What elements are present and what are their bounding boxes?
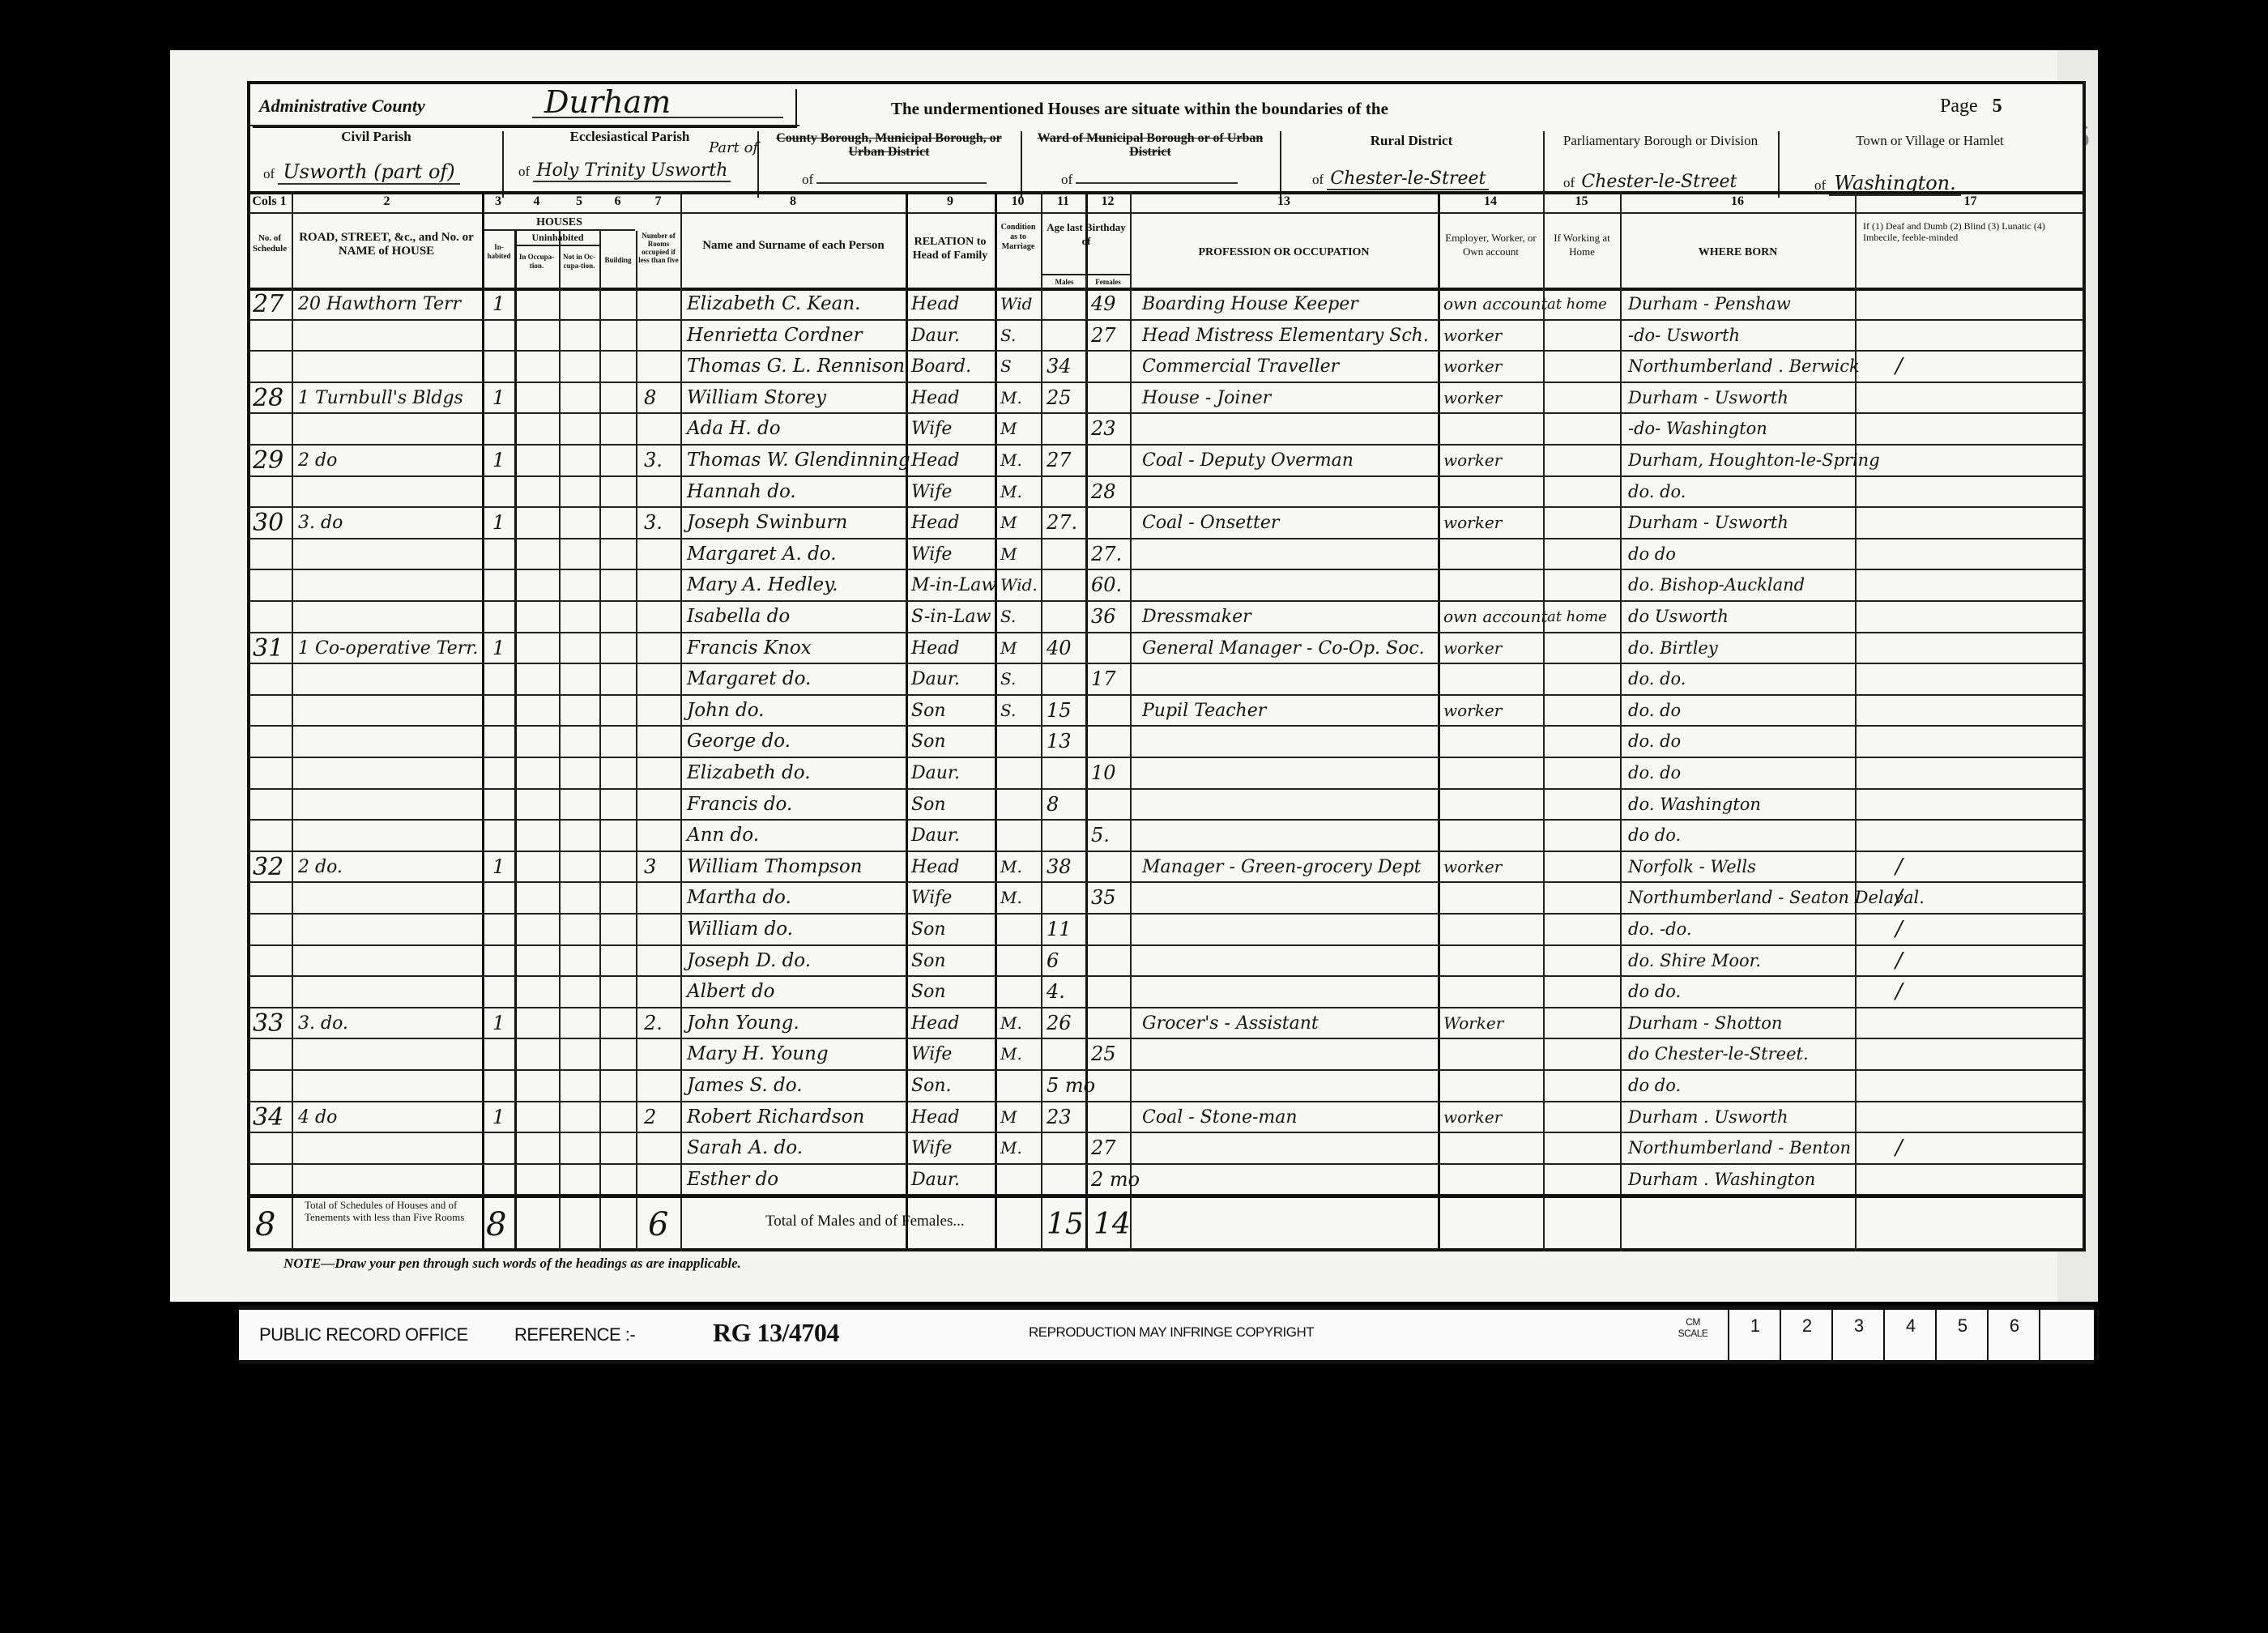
marital-condition: S. [1000,321,1016,351]
employment-status: worker [1443,696,1502,726]
inhabited-count: 1 [492,383,505,413]
person-name: Henrietta Cordner [687,321,863,351]
of-prefix: of [263,166,275,181]
employment-status: worker [1443,446,1502,475]
person-name: George do. [687,727,791,757]
occupation: Coal - Onsetter [1142,508,1279,538]
birthplace: do. do [1628,758,1681,788]
col-inhabited-header: In-habited [484,243,514,261]
column-number: 4 [516,194,557,209]
ward-label: Ward of Municipal Borough or of Urban Di… [1025,131,1276,159]
inhabited-count: 1 [492,633,505,663]
total-schedules-label: Total of Schedules of Houses and of Tene… [298,1199,487,1223]
census-row: James S. do.Son.5 modo do. [0,1071,2268,1102]
person-name: Robert Richardson [687,1102,864,1132]
schedule-number: 32 [253,852,283,882]
person-name: Elizabeth do. [687,758,811,788]
census-row: 333. do.12.John Young.HeadM.26Grocer's -… [0,1008,2268,1040]
person-name: Joseph D. do. [687,946,811,976]
census-row: John do.SonS.15Pupil Teacherworkerdo. do [0,696,2268,727]
relation: Wife [911,414,952,444]
birthplace: Norfolk - Wells [1628,852,1756,882]
rural-district-label: Rural District [1284,134,1539,147]
census-row: 303. do13.Joseph SwinburnHeadM27.Coal - … [0,508,2268,539]
relation: M-in-Law [911,570,996,600]
infirmity-mark: / [1895,1133,1903,1163]
eccl-parish-field: of Holy Trinity Usworth [518,160,731,181]
relation: S-in-Law [911,602,991,632]
relation: Wife [911,1039,952,1069]
reference-label: REFERENCE :- [514,1324,635,1345]
inhabited-count: 1 [492,1102,505,1132]
census-row: Esther doDaur.2 moDurham . Washington [0,1165,2268,1196]
marital-condition: S. [1000,664,1016,694]
birthplace: do Usworth [1628,602,1729,632]
birthplace: do do. [1628,977,1681,1007]
person-name: John Young. [687,1008,799,1038]
col-occupation-header: PROFESSION OR OCCUPATION [1134,245,1434,259]
birthplace: Durham - Penshaw [1628,289,1791,319]
houses-header: HOUSES [484,215,635,231]
col-rooms-header: Number of Rooms occupied if less than fi… [637,232,680,264]
birthplace: -do- Usworth [1628,321,1740,351]
relation: Son [911,727,946,757]
marital-condition: M. [1000,383,1022,413]
marital-condition: S. [1000,696,1016,726]
birthplace: do. Birtley [1628,633,1718,663]
total-females: 14 [1093,1207,1131,1243]
census-row: Ada H. doWifeM23-do- Washington [0,414,2268,446]
inapplicable-note: NOTE—Draw your pen through such words of… [283,1256,741,1272]
marital-condition: M [1000,1102,1017,1132]
census-row: 344 do12Robert RichardsonHeadM23Coal - S… [0,1102,2268,1134]
column-number: 13 [1132,194,1436,209]
address: 4 do [298,1102,337,1132]
relation: Son [911,915,946,944]
scale-mark: 2 [1780,1310,1833,1360]
ward-value [1076,182,1238,184]
address: 20 Hawthorn Terr [298,289,461,319]
person-name: Mary A. Hedley. [687,570,838,600]
col-name-header: Name and Surname of each Person [682,239,905,253]
column-number: 7 [637,194,679,209]
male-age: 6 [1047,946,1059,976]
birthplace: Durham . Usworth [1628,1102,1788,1132]
relation: Head [911,1102,959,1132]
occupation: Commercial Traveller [1142,352,1339,382]
column-number: 12 [1087,194,1128,209]
town-label: Town or Village or Hamlet [1782,134,2078,147]
census-row: William do.Son11do. -do./ [0,915,2268,946]
census-row: Martha do.WifeM.35Northumberland - Seato… [0,883,2268,915]
birthplace: Durham, Houghton-le-Spring [1628,446,1880,475]
column-number: 16 [1622,194,1853,209]
occupation: House - Joiner [1142,383,1271,413]
census-row: 2720 Hawthorn Terr1Elizabeth C. Kean.Hea… [0,289,2268,321]
person-name: Martha do. [687,883,791,913]
total-males: 15 [1047,1207,1084,1243]
scale-mark: 5 [1935,1310,1989,1360]
marital-condition: M. [1000,852,1022,882]
marital-condition: M. [1000,446,1022,475]
rooms-count: 2 [644,1102,656,1132]
col-at-home-header: If Working at Home [1545,231,1618,258]
occupation: Coal - Deputy Overman [1142,446,1354,475]
birthplace: Durham - Usworth [1628,508,1788,538]
column-number: 3 [484,194,513,209]
employment-status: worker [1443,1102,1502,1132]
infirmity-mark: / [1895,352,1903,382]
census-row: Francis do.Son8do. Washington [0,790,2268,821]
column-number: 8 [682,194,904,209]
female-age: 17 [1091,664,1116,694]
inhabited-count: 1 [492,289,505,319]
column-number: Cols 1 [249,194,290,209]
scale-mark: 4 [1883,1310,1937,1360]
column-number: 15 [1545,194,1618,209]
relation: Daur. [911,821,960,851]
birthplace: do do [1628,539,1676,569]
scale-mark: 3 [1831,1310,1885,1360]
person-name: Thomas W. Glendinning [687,446,910,475]
person-name: Margaret A. do. [687,539,837,569]
boundary-intro: The undermentioned Houses are situate wi… [891,99,1388,119]
census-row: Ann do.Daur.5.do do. [0,821,2268,852]
female-age: 2 mo [1091,1165,1140,1195]
parl-borough-value: Chester-le-Street [1578,172,1740,194]
birthplace: do. do [1628,696,1681,726]
male-age: 27 [1047,446,1072,475]
person-name: Joseph Swinburn [687,508,847,538]
male-age: 25 [1047,383,1072,413]
address: 3. do. [298,1008,348,1038]
female-age: 27 [1091,321,1116,351]
copyright-notice: REPRODUCTION MAY INFRINGE COPYRIGHT [1029,1324,1314,1341]
rooms-count: 3 [644,852,656,882]
admin-county-box: Administrative County Durham [253,89,797,128]
inhabited-count: 1 [492,508,505,538]
census-row: 311 Co-operative Terr.1Francis KnoxHeadM… [0,633,2268,665]
employment-status: worker [1443,352,1502,382]
person-name: Margaret do. [687,664,811,694]
occupation: Boarding House Keeper [1142,289,1358,319]
infirmity-mark: / [1895,883,1903,913]
employment-status: worker [1443,508,1502,538]
male-age: 15 [1047,696,1072,726]
inhabited-count: 1 [492,1008,505,1038]
birthplace: do. do. [1628,477,1686,507]
census-row: George do.Son13do. do [0,727,2268,758]
birthplace: do. Washington [1628,790,1761,820]
occupation: Dressmaker [1142,602,1251,632]
column-number: 17 [1857,194,2084,209]
relation: Son. [911,1071,951,1101]
employment-status: own account [1443,602,1548,632]
census-row: 292 do13.Thomas W. GlendinningHeadM.27Co… [0,446,2268,477]
address: 3. do [298,508,343,538]
col-not-in-occupation-header: Not in Oc-cupa-tion. [559,253,599,271]
address: 1 Co-operative Terr. [298,633,478,663]
column-number: 14 [1439,194,1541,209]
total-schedules: 8 [255,1207,275,1243]
relation: Daur. [911,758,960,788]
schedule-number: 28 [253,383,283,413]
page-number: 5 [1993,96,2002,117]
person-name: John do. [687,696,764,726]
birthplace: Durham . Washington [1628,1165,1815,1195]
male-age: 27. [1047,508,1077,538]
person-name: William Storey [687,383,826,413]
male-age: 5 mo [1047,1071,1095,1101]
relation: Head [911,446,959,475]
rural-district-value: Chester-le-Street [1327,168,1489,190]
census-row: Margaret A. do.WifeM27.do do [0,539,2268,571]
female-age: 27. [1091,539,1122,569]
infirmity-mark: / [1895,915,1903,944]
employment-status: own account [1443,289,1548,319]
col-infirmity-header: If (1) Deaf and Dumb (2) Blind (3) Lunat… [1863,220,2082,243]
col-road-header: ROAD, STREET, &c., and No. or NAME of HO… [293,231,480,258]
birthplace: -do- Washington [1628,414,1767,444]
census-row: Margaret do.Daur.S.17do. do. [0,664,2268,696]
column-number: 11 [1042,194,1084,209]
marital-condition: M. [1000,1039,1022,1069]
marital-condition: M. [1000,477,1022,507]
relation: Son [911,946,946,976]
census-row: Elizabeth do.Daur.10do. do [0,758,2268,790]
census-row: Henrietta CordnerDaur.S.27Head Mistress … [0,321,2268,352]
schedule-number: 29 [253,446,283,475]
col-building-header: Building [601,256,635,265]
marital-condition: M [1000,508,1017,538]
birthplace: Durham - Shotton [1628,1008,1782,1038]
scale-mark: 1 [1728,1310,1781,1360]
uninhabited-header: Uninhabited [516,231,599,246]
female-age: 25 [1091,1039,1116,1069]
relation: Head [911,633,959,663]
marital-condition: S. [1000,602,1016,632]
person-name: Sarah A. do. [687,1133,803,1163]
relation: Head [911,383,959,413]
birthplace: Northumberland . Berwick [1628,352,1860,382]
occupation: Head Mistress Elementary Sch. [1142,321,1429,351]
employment-status: worker [1443,321,1502,351]
female-age: 35 [1091,883,1116,913]
county-borough-field: of [802,172,987,188]
civil-parish-value: Usworth (part of) [278,160,459,185]
column-number: 2 [293,194,480,209]
person-name: William do. [687,915,793,944]
infirmity-mark: / [1895,946,1903,976]
archive-name: PUBLIC RECORD OFFICE [259,1324,468,1345]
eccl-parish-value: Holy Trinity Usworth [533,160,731,182]
census-row: Hannah do.WifeM.28do. do. [0,477,2268,509]
rooms-count: 2. [644,1008,663,1038]
birthplace: do. do. [1628,664,1686,694]
employment-status: worker [1443,383,1502,413]
person-name: Francis Knox [687,633,812,663]
census-row: Sarah A. do.WifeM.27Northumberland - Ben… [0,1133,2268,1165]
marital-condition: M [1000,633,1017,663]
working-at-home: at home [1547,602,1607,632]
of-prefix: of [1061,172,1072,187]
birthplace: do. Bishop-Auckland [1628,570,1805,600]
relation: Head [911,1008,959,1038]
col-males-header: Males [1043,275,1085,289]
rooms-count: 3. [644,508,663,538]
admin-county-label: Administrative County [259,96,425,117]
birthplace: do. -do. [1628,915,1692,944]
occupation: Coal - Stone-man [1142,1102,1298,1132]
relation: Daur. [911,664,960,694]
occupation: General Manager - Co-Op. Soc. [1142,633,1425,663]
working-at-home: at home [1547,289,1607,319]
col-employment-header: Employer, Worker, or Own account [1440,231,1541,258]
schedule-number: 27 [253,289,283,319]
marital-condition: M [1000,539,1017,569]
of-prefix: of [1312,172,1324,187]
person-name: Albert do [687,977,774,1007]
relation: Wife [911,883,952,913]
inhabited-count: 1 [492,446,505,475]
female-age: 60. [1091,570,1122,600]
census-row: Albert doSon4.do do./ [0,977,2268,1008]
parl-borough-label: Parliamentary Borough or Division [1547,134,1774,147]
schedule-number: 34 [253,1102,283,1132]
person-name: Francis do. [687,790,792,820]
census-row: 281 Turnbull's Bldgs18William StoreyHead… [0,383,2268,415]
of-prefix: of [1563,175,1575,190]
page-label-text: Page [1940,96,1978,117]
col-females-header: Females [1087,275,1129,289]
female-age: 36 [1091,602,1116,632]
female-age: 10 [1091,758,1116,788]
scale-end [2039,1310,2099,1360]
person-name: Mary H. Young [687,1039,829,1069]
relation: Wife [911,477,952,507]
female-age: 23 [1091,414,1116,444]
column-number: 10 [996,194,1039,209]
eccl-parish-note: Part of [709,139,758,156]
marital-condition: M. [1000,1008,1022,1038]
address: 2 do [298,446,337,475]
marital-condition: Wid. [1000,570,1038,600]
rooms-count: 8 [644,383,656,413]
column-number: 9 [907,194,993,209]
census-row: Mary A. Hedley.M-in-LawWid.60.do. Bishop… [0,570,2268,602]
birthplace: do. do [1628,727,1681,757]
female-age: 28 [1091,477,1116,507]
male-age: 8 [1047,790,1059,820]
person-name: Elizabeth C. Kean. [687,289,860,319]
inhabited-count: 1 [492,852,505,882]
total-inhabited: 8 [486,1207,506,1243]
birthplace: Northumberland - Seaton Delaval. [1628,883,1925,913]
marital-condition: M. [1000,1133,1022,1163]
birthplace: Durham - Usworth [1628,383,1788,413]
employment-status: worker [1443,633,1502,663]
relation: Head [911,289,959,319]
marital-condition: M [1000,414,1017,444]
male-age: 26 [1047,1008,1072,1038]
col-relation-header: RELATION to Head of Family [907,235,993,262]
person-name: Isabella do [687,602,790,632]
female-age: 27 [1091,1133,1116,1163]
marital-condition: M. [1000,883,1022,913]
male-age: 23 [1047,1102,1072,1132]
of-prefix: of [802,172,813,187]
infirmity-mark: / [1895,977,1903,1007]
address: 2 do. [298,852,343,882]
person-name: Ann do. [687,821,759,851]
census-row: Mary H. YoungWifeM.25do Chester-le-Stree… [0,1039,2268,1071]
census-row: 322 do.13William ThompsonHeadM.38Manager… [0,852,2268,884]
employment-status: Worker [1443,1008,1503,1038]
rooms-count: 3. [644,446,663,475]
person-name: William Thompson [687,852,863,882]
relation: Wife [911,1133,952,1163]
of-prefix: of [518,164,530,179]
birthplace: do Chester-le-Street. [1628,1039,1809,1069]
relation: Son [911,790,946,820]
column-number: 6 [601,194,634,209]
address: 1 Turnbull's Bldgs [298,383,463,413]
relation: Son [911,696,946,726]
male-age: 38 [1047,852,1072,882]
civil-parish-label: Civil Parish [253,130,500,143]
male-age: 11 [1047,915,1072,944]
schedule-number: 30 [253,508,283,538]
male-age: 40 [1047,633,1072,663]
person-name: Esther do [687,1165,778,1195]
birthplace: do do. [1628,821,1681,851]
relation: Wife [911,539,952,569]
civil-parish-field: of Usworth (part of) [263,160,460,183]
county-borough-label: County Borough, Municipal Borough, or Ur… [765,131,1013,159]
relation: Daur. [911,321,960,351]
census-row: Isabella doS-in-LawS.36Dressmakerown acc… [0,602,2268,633]
female-age: 49 [1091,289,1116,319]
birthplace: do do. [1628,1071,1681,1101]
marital-condition: S [1000,352,1012,382]
person-name: Thomas G. L. Rennison [687,352,905,382]
relation: Head [911,852,959,882]
parl-borough-field: of Chester-le-Street [1563,172,1740,192]
page-label: Page 5 [1940,96,2002,117]
relation: Son [911,977,946,1007]
total-males-females-label: Total of Males and of Females... [765,1213,965,1230]
employment-status: worker [1443,852,1502,882]
col-in-occupation-header: In Occupa-tion. [516,253,557,271]
census-row: Joseph D. do.Son6do. Shire Moor./ [0,946,2268,978]
birthplace: Northumberland - Benton [1628,1133,1851,1163]
relation: Board. [911,352,971,382]
archive-footer: PUBLIC RECORD OFFICE REFERENCE :- RG 13/… [239,1306,2094,1364]
county-borough-value [816,182,987,184]
scale-mark: 6 [1987,1310,2040,1360]
person-name: Ada H. do [687,414,781,444]
cm-scale-label: CM SCALE [1673,1316,1713,1339]
column-number: 5 [561,194,598,209]
female-age: 5. [1091,821,1110,851]
occupation: Grocer's - Assistant [1142,1008,1319,1038]
schedule-number: 33 [253,1008,283,1038]
person-name: Hannah do. [687,477,796,507]
admin-county-value: Durham [544,84,671,120]
infirmity-mark: / [1895,852,1903,882]
ward-field: of [1061,172,1238,188]
occupation: Manager - Green-grocery Dept [1142,852,1421,882]
